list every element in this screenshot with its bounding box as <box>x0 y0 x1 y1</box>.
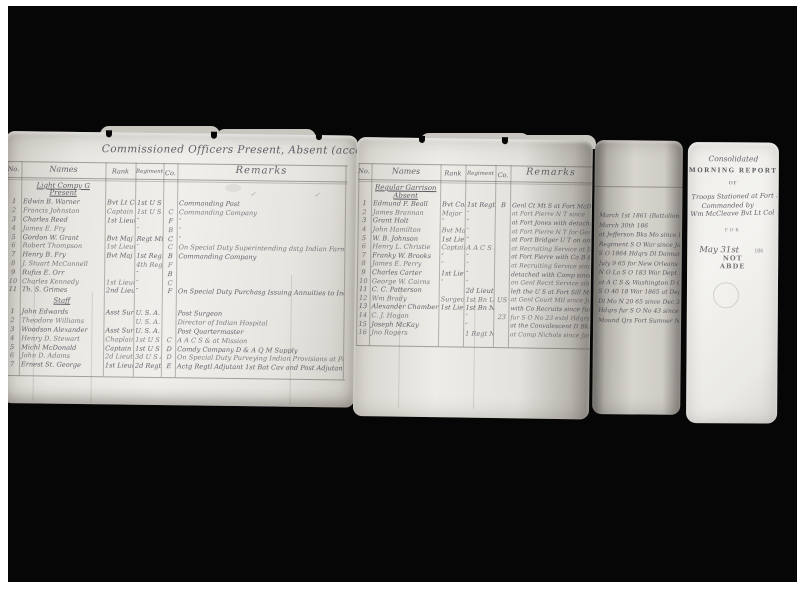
remarks-cell: on Genl Recrt Service since Dec 9 65 Jan <box>509 279 590 287</box>
co-cell: C <box>163 235 177 243</box>
name-cell: C. J. Hogan <box>369 311 438 320</box>
name-cell: Henry D. Stewart <box>19 334 103 343</box>
rank-cell: Captain <box>439 244 464 252</box>
column-header-rank: Rank <box>440 169 465 177</box>
name-cell: Rufus E. Orr <box>20 268 104 277</box>
regiment-cell: 1st U S Infy <box>133 335 161 343</box>
column-header-remarks: Remarks <box>177 164 345 177</box>
column-header-names: Names <box>371 166 440 176</box>
remarks-cell <box>176 265 344 267</box>
remarks-cell: at Camp Nichols since Jan 23 36 41 <box>508 331 589 339</box>
page-title: Commissioned Officers Present, Absent (a… <box>102 143 352 157</box>
co-cell: C <box>161 336 175 344</box>
page-notch <box>502 137 508 144</box>
co-cell: F <box>163 217 177 225</box>
remarks-cell: at Fort Pierre with Co B & C since Oct 9 <box>509 254 590 262</box>
no-cell: 6 <box>357 242 370 250</box>
co-cell: D <box>161 345 175 353</box>
remarks-cell: at Fort Pierre N T for Genl Court of Inq… <box>510 228 591 236</box>
regiment-cell: 1st U S Arty <box>133 344 161 352</box>
rank-cell: 2nd Lieut <box>104 287 134 295</box>
regiment-cell: ″ <box>464 252 494 260</box>
name-cell: Jno Rogers <box>369 328 438 337</box>
stain-ring <box>713 282 739 308</box>
remarks-cell: at Fort Pierre N T since <box>510 211 591 219</box>
no-cell: 1 <box>8 307 20 315</box>
regiment-cell: U. S. A. <box>133 318 161 326</box>
photo-background: Commissioned Officers Present, Absent (a… <box>8 6 797 582</box>
remarks-cell: Genl Ct Mt S at Fort McDowell A T since … <box>510 202 591 210</box>
strip-line: Mound Qrs Fort Sumner N M May 30 66 Augt… <box>598 317 679 325</box>
page-notch <box>211 132 217 139</box>
rank-cell: 1st Lieut <box>104 278 134 286</box>
regiment-cell: ″ <box>463 321 493 329</box>
no-cell: 14 <box>356 311 369 319</box>
name-cell: Gordon W. Grant <box>21 233 105 242</box>
rank-cell: 1st Lieut <box>103 361 133 369</box>
no-cell: 11 <box>357 285 370 293</box>
regiment-cell: 1 Regt N M Inf <box>463 330 493 338</box>
remarks-cell: fur S O No 23 extd Hdqrs Mound Quarters <box>508 314 589 322</box>
name-cell: Edmund F. Beall <box>371 200 440 209</box>
remarks-cell: with Co Recruits since fur <box>508 305 589 313</box>
smudge <box>225 184 241 192</box>
name-cell: Alexander Chambers <box>369 303 438 312</box>
co-cell: C <box>163 208 177 216</box>
rank-cell: ″ <box>439 252 464 260</box>
strip-line: March 30th 186 <box>599 222 680 230</box>
rank-cell: 1st Lieut <box>105 216 135 224</box>
rank-cell: 1st Lieut <box>104 243 134 251</box>
name-cell: W. B. Johnson <box>370 234 439 243</box>
regiment-cell: ″ <box>464 278 494 286</box>
rank-cell: Asst Surgn <box>103 326 133 334</box>
name-cell: Grant Holt <box>371 217 440 226</box>
muster-rows-present: 1Edwin B. WarnerBvt Lt Col1st U S DragsC… <box>8 197 357 298</box>
no-cell: 13 <box>356 302 369 310</box>
report-unit-line: Wm McCleave Bvt Lt Col 1st Cal Cav <box>690 208 777 218</box>
no-cell: 9 <box>357 268 370 276</box>
regiment-cell: U. S. A. <box>134 309 162 317</box>
column-header-co: Co. <box>495 171 510 179</box>
regiment-cell: ″ <box>134 243 162 251</box>
regiment-cell: ″ <box>463 313 493 321</box>
page-notch <box>106 130 112 137</box>
remarks-cell: at Fort Jones with detachment since date… <box>510 219 591 227</box>
regiment-cell: ″ <box>134 278 162 286</box>
ink-mark: ✓ ✓ <box>250 190 348 199</box>
rank-cell: Bvt Maj <box>440 226 465 234</box>
column-header-rank: Rank <box>105 167 135 175</box>
strip-line: at Jefferson Bks Mo since Dec 20 64 must… <box>599 231 680 239</box>
no-cell: 7 <box>8 360 19 368</box>
name-cell: Edwin B. Warner <box>21 198 105 207</box>
name-cell: George W. Cairns <box>370 277 439 286</box>
section-heading: Staff <box>20 296 104 305</box>
strip-line: at A C S & Washington D C May 17 65 Augt… <box>598 279 679 287</box>
no-cell: 15 <box>356 320 369 328</box>
rank-cell: ″ <box>440 218 465 226</box>
report-of-label: OF <box>688 181 779 187</box>
co-cell: US <box>494 296 509 304</box>
name-cell: C. C. Patterson <box>370 285 439 294</box>
column-header-names: Names <box>21 164 105 174</box>
name-cell: James E. Perry <box>370 260 439 269</box>
regiment-cell: 4th Regt Infy <box>134 261 162 269</box>
report-unit-line: Troops Stationed at Fort Sumner <box>692 192 777 202</box>
strip-line: July 9 65 for New Orleans La to be mustd… <box>599 260 680 268</box>
regiment-cell: 1st U S Infy <box>135 208 163 216</box>
remarks-cell: at Recruiting Service since S O 143 65 <box>509 262 590 270</box>
report-for-label: FOR <box>687 228 778 234</box>
column-header-regiment: Regiment <box>465 171 495 177</box>
no-cell: 6 <box>8 351 19 359</box>
no-cell: 8 <box>357 259 370 267</box>
no-cell: 3 <box>8 215 21 223</box>
overflow-strip-page: March 1st 1861 (Battalion Orders)March 3… <box>592 140 683 415</box>
scanned-photograph: Commissioned Officers Present, Absent (a… <box>0 0 800 589</box>
name-cell: James Brannan <box>371 208 440 217</box>
name-cell: John D. Adams <box>19 352 103 361</box>
strip-line: Regiment S O War since Jany 1 1861 <box>599 241 680 249</box>
name-cell: J. Stuart McConnell <box>20 259 104 268</box>
muster-rows-staff: 1John EdwardsAsst SurgnU. S. A.Post Surg… <box>8 307 356 373</box>
rank-cell: Bvt Lt Col <box>105 199 135 207</box>
name-cell: Th. S. Grimes <box>20 286 104 295</box>
no-cell: 4 <box>8 334 19 342</box>
regiment-cell: ″ <box>465 218 495 226</box>
co-cell: E <box>161 362 175 370</box>
column-header-no: No. <box>8 165 22 173</box>
no-cell: 16 <box>356 328 369 336</box>
no-cell: 2 <box>8 316 20 324</box>
regiment-cell: A A C S Supt <box>464 244 494 252</box>
remarks-cell: at the Convalescent D Bks Jan 23 to 25 f… <box>508 322 589 330</box>
rank-cell: Chaplain <box>103 335 133 343</box>
strip-line: S O 40 18 War 1865 at Dept of the So D S <box>598 288 679 296</box>
left-page: Commissioned Officers Present, Absent (a… <box>8 131 358 408</box>
no-cell: 7 <box>357 251 370 259</box>
regiment-cell: ″ <box>135 217 163 225</box>
co-cell: F <box>162 287 176 295</box>
name-cell: Franky W. Brooks <box>370 251 439 260</box>
name-cell: Francis Johnston <box>21 206 105 215</box>
name-cell: Wm Brady <box>370 294 439 303</box>
name-cell: Ernest St. George <box>19 360 103 369</box>
co-cell: C <box>162 243 176 251</box>
page-notch <box>316 133 322 140</box>
regiment-cell: ″ <box>464 235 494 243</box>
rank-cell: Major <box>440 209 465 217</box>
no-cell: 10 <box>357 277 370 285</box>
no-cell: 8 <box>8 259 20 267</box>
remarks-cell: at Recruiting Service at Baton Rouge sin… <box>509 245 590 253</box>
regiment-cell: ″ <box>134 287 162 295</box>
name-cell: Charles Reed <box>21 215 105 224</box>
name-cell: Henry B. Fry <box>20 250 104 259</box>
name-cell: Henry L. Christie <box>370 242 439 251</box>
strip-line: N O La S O 183 War Dept May 10 65 <box>599 269 680 277</box>
remarks-cell: Actg Regtl Adjutant 1st Bat Cav and Post… <box>175 362 343 372</box>
no-cell: 5 <box>8 343 19 351</box>
regiment-cell: 1st Bn U S Vol <box>464 295 494 303</box>
consolidated-label: Consolidated <box>688 154 779 164</box>
name-cell: Joseph McKay <box>369 320 438 329</box>
regiment-cell: 1st Regt Inf <box>465 201 495 209</box>
co-cell: F <box>162 261 176 269</box>
rank-cell: 1st Lieut <box>439 235 464 243</box>
strip-line: Dl Mo N 20 65 since Dec 30 1865 <box>598 298 679 306</box>
regiment-cell: 1st Regt Drags <box>134 252 162 260</box>
name-cell: James E. Fry <box>21 224 105 233</box>
regiment-cell: ″ <box>464 270 494 278</box>
column-header-co: Co. <box>163 169 177 177</box>
regiment-cell: ″ <box>135 225 163 233</box>
rank-cell: Captain <box>103 344 133 352</box>
no-cell: 10 <box>8 277 20 285</box>
rank-cell: Bvt Col <box>440 201 465 209</box>
rank-cell: 2d Lieut <box>103 353 133 361</box>
rank-cell: Captain <box>105 207 135 215</box>
co-cell: C <box>162 279 176 287</box>
no-cell: 5 <box>357 234 370 242</box>
no-cell: 12 <box>357 294 370 302</box>
name-cell: John Edwards <box>20 308 104 317</box>
overflow-remarks: March 1st 1861 (Battalion Orders)March 3… <box>595 140 683 141</box>
middle-page: No. Names Rank Regiment Co. Remarks Regu… <box>353 137 593 419</box>
regiment-cell: 3d U S Arty <box>133 353 161 361</box>
remarks-cell: On Special Duty Purchasg Issuing Annuiti… <box>176 288 344 298</box>
table-rule <box>595 186 683 188</box>
no-cell: 1 <box>8 197 21 205</box>
muster-rows-absent: 1Edmund F. BeallBvt Col1st Regt InfBGenl… <box>356 199 592 340</box>
name-cell: Robert Thompson <box>20 242 104 251</box>
regiment-cell: 2d Lieut Inf <box>464 287 494 295</box>
page-notch <box>419 136 425 143</box>
no-cell: 1 <box>358 199 371 207</box>
section-heading: Present <box>21 188 105 197</box>
table-rule <box>8 375 345 380</box>
rank-cell: Asst Surgn <box>104 309 134 317</box>
rank-cell: Bvt Maj <box>105 234 135 242</box>
remarks-cell <box>176 274 344 276</box>
column-header-remarks: Remarks <box>510 166 591 178</box>
column-header-regiment: Regiment <box>135 169 163 175</box>
remarks-cell: left the U S at Fort Sill Mo in A & B Co… <box>509 288 590 296</box>
stamp-text: ABDE <box>687 262 778 271</box>
name-cell: Michl McDonald <box>19 343 103 352</box>
remarks-cell <box>176 283 344 285</box>
report-title: MORNING REPORT <box>688 166 779 175</box>
remarks-cell: at Fort Bridger U T on order S O No 43 s… <box>509 236 590 244</box>
no-cell: 5 <box>8 233 21 241</box>
no-cell: 4 <box>8 224 21 232</box>
regiment-cell: 1st Bn N M Vol <box>463 304 493 312</box>
regiment-cell: 2d Regt Infy <box>133 362 161 370</box>
rank-cell: ″ <box>439 278 464 286</box>
co-cell: D <box>161 353 175 361</box>
regiment-cell: 1st U S Drags <box>135 199 163 207</box>
remarks-cell: at Genl Court Mtl since July 9 65 for Ne… <box>509 297 590 305</box>
co-cell: B <box>495 201 510 209</box>
regiment-cell: Regt Mtd Rifles <box>135 234 163 242</box>
rank-cell: Bvt Maj <box>104 251 134 259</box>
rank-cell: 1st Lieut <box>439 269 464 277</box>
strip-line: S O 1864 Hdqrs Dl Dannard S O Apl 2 65 <box>599 250 680 258</box>
regiment-cell: ″ <box>464 261 494 269</box>
regiment-cell: ″ <box>134 269 162 277</box>
co-cell: B <box>162 252 176 260</box>
co-cell: B <box>162 270 176 278</box>
co-cell: B <box>163 226 177 234</box>
rank-cell: 1st Lieut <box>438 304 463 312</box>
regiment-cell: ″ <box>465 227 495 235</box>
remarks-cell: detached with Comp since Dec 9 63 for <box>509 271 590 279</box>
co-cell: 23 <box>493 313 508 321</box>
strip-line: Hdqrs fur S O No 43 since Hdqrs Dpt Jno … <box>598 307 679 315</box>
strip-line: March 1st 1861 (Battalion Orders) <box>599 212 680 220</box>
column-header-no: No. <box>356 167 371 175</box>
no-cell: 3 <box>8 325 19 333</box>
regiment-cell: ″ <box>465 209 495 217</box>
name-cell: Charles Carter <box>370 268 439 277</box>
name-cell: Woodson Alexander <box>19 325 103 334</box>
no-cell: 2 <box>8 206 21 214</box>
no-cell: 11 <box>8 285 20 293</box>
no-cell: 6 <box>8 241 21 249</box>
regiment-cell: U. S. A. <box>133 327 161 335</box>
rank-cell: Surgeon <box>439 295 464 303</box>
name-cell: Theodore Williams <box>19 316 103 325</box>
rank-cell: ″ <box>439 261 464 269</box>
name-cell: John Hamilton <box>371 225 440 234</box>
no-cell: 4 <box>358 225 371 233</box>
morning-report-card: Consolidated MORNING REPORT OF Troops St… <box>686 142 779 424</box>
no-cell: 2 <box>358 208 371 216</box>
name-cell: Charles Kennedy <box>20 277 104 286</box>
no-cell: 7 <box>8 250 20 258</box>
no-cell: 3 <box>358 217 371 225</box>
no-cell: 9 <box>8 268 20 276</box>
